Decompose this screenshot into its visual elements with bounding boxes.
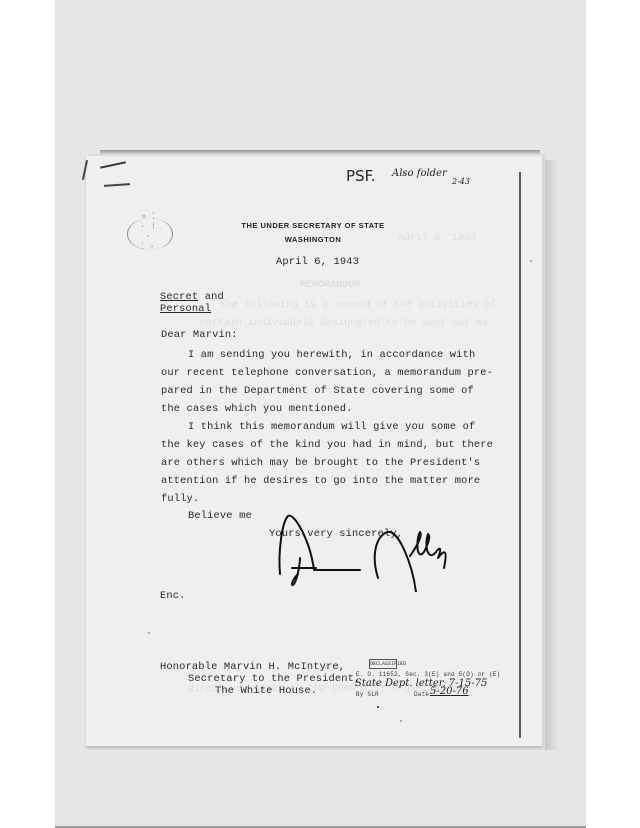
speck — [470, 478, 472, 480]
bleed-through-text: The following is a record of the activit… — [220, 300, 496, 311]
declassification-authority: E. O. 11652, Sec. 3(E) and 5(D) or (E) — [356, 671, 500, 678]
signature — [270, 512, 470, 592]
declassification-date-label: Date — [414, 691, 429, 698]
recipient-line: Honorable Marvin H. McIntyre, — [160, 661, 345, 673]
declassification-date: 5-20-76 — [430, 686, 469, 697]
letterhead-city: WASHINGTON — [200, 235, 426, 244]
speck — [148, 632, 150, 634]
body-line: are others which may be brought to the P… — [161, 457, 480, 469]
letter-date: April 6, 1943 — [276, 256, 359, 268]
speck — [530, 260, 532, 262]
bleed-through-text: certain individuals designated to be sen… — [200, 318, 488, 329]
paper-shadow — [545, 160, 557, 750]
body-line: I am sending you herewith, in accordance… — [188, 349, 475, 361]
bleed-through-text: MEMORANDUM — [300, 280, 360, 291]
body-line: pared in the Department of State coverin… — [161, 385, 474, 397]
recipient-line: The White House. — [215, 685, 317, 697]
body-line: attention if he desires to go into the m… — [161, 475, 480, 487]
classification-line2: Personal — [160, 303, 211, 315]
folder-number: 2-43 — [452, 177, 470, 186]
classification-line1: Secret and — [160, 291, 224, 303]
believe-me: Believe me — [188, 510, 252, 522]
body-line: fully. — [161, 493, 199, 505]
psf-annotation: PSF. — [346, 167, 376, 185]
declassification-by: By SLR — [356, 691, 379, 698]
struck-classification: Secret — [160, 291, 198, 303]
body-line: the cases which you mentioned. — [161, 403, 353, 415]
body-line: I think this memorandum will give you so… — [188, 421, 475, 433]
salutation: Dear Marvin: — [161, 329, 238, 341]
speck — [400, 720, 402, 722]
folder-note: Also folder — [392, 168, 447, 179]
body-line: the key cases of the kind you had in min… — [161, 439, 493, 451]
margin-line — [519, 172, 521, 738]
seal-detail: ∘ ⁚· ⁞ ·⁚ · — [138, 212, 158, 242]
letterhead-title: THE UNDER SECRETARY OF STATE — [200, 221, 426, 230]
declassified-stamp-header: DECLASSIFIED — [369, 659, 397, 669]
enclosure-note: Enc. — [160, 590, 186, 602]
speck — [377, 706, 379, 708]
recipient-line: Secretary to the President, — [188, 673, 360, 685]
body-line: our recent telephone conversation, a mem… — [161, 367, 493, 379]
